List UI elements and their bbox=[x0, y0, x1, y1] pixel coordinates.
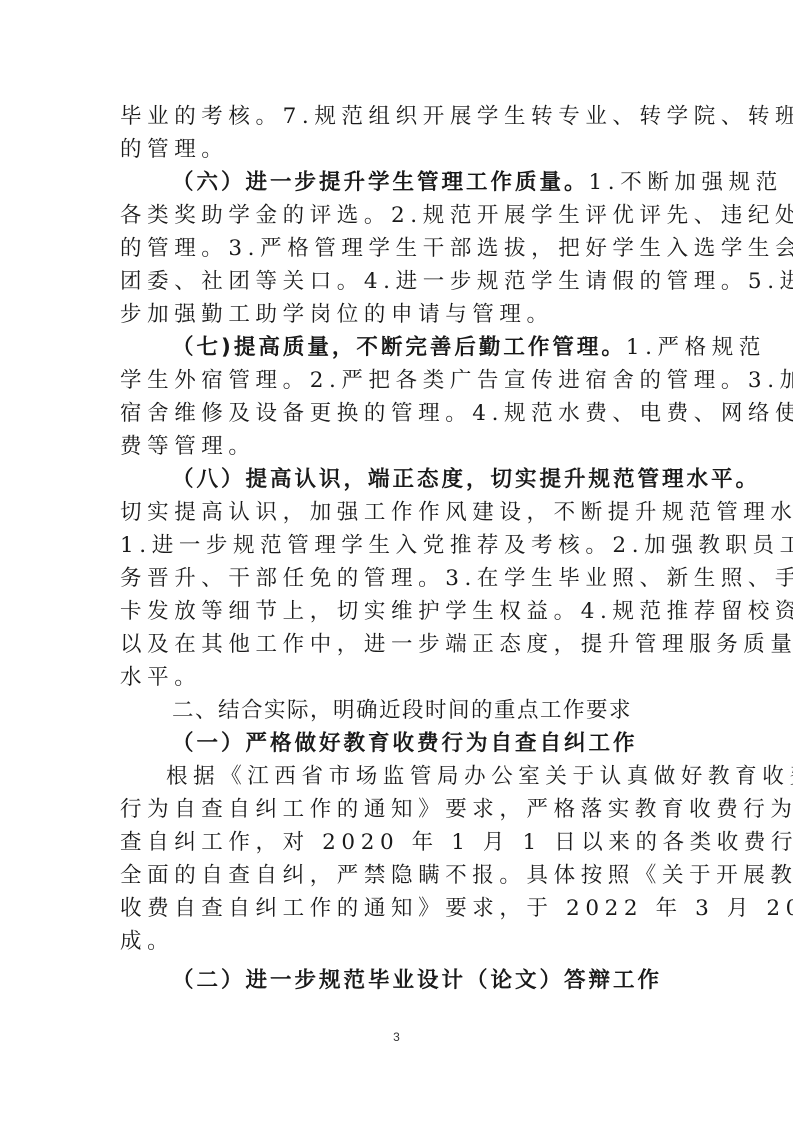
subsection-line-2-2: （二）进一步规范毕业设计（论文）答辩工作 bbox=[120, 964, 675, 997]
text-line: 卡发放等细节上，切实维护学生权益。4.规范推荐留校资格。 bbox=[120, 595, 675, 628]
section-heading-2: 二、结合实际，明确近段时间的重点工作要求 bbox=[120, 694, 675, 727]
text-line: 学生外宿管理。2.严把各类广告宣传进宿舍的管理。3.加强 bbox=[120, 364, 675, 397]
subsection-heading: （八）提高认识，端正态度，切实提升规范管理水平。 bbox=[172, 467, 760, 492]
text-line: 费等管理。 bbox=[120, 430, 675, 463]
subsection-line-6: （六）进一步提升学生管理工作质量。1.不断加强规范 bbox=[120, 166, 675, 199]
subsection-heading: （一）严格做好教育收费行为自查自纠工作 bbox=[172, 731, 638, 756]
text-line: 成。 bbox=[120, 925, 675, 958]
text-line: 毕业的考核。7.规范组织开展学生转专业、转学院、转班级 bbox=[120, 100, 675, 133]
text-line: 收费自查自纠工作的通知》要求，于 2022 年 3 月 20 日前完 bbox=[120, 892, 675, 925]
text-line: 步加强勤工助学岗位的申请与管理。 bbox=[120, 298, 675, 331]
text-line: 行为自查自纠工作的通知》要求，严格落实教育收费行为自 bbox=[120, 793, 675, 826]
subsection-line-8: （八）提高认识，端正态度，切实提升规范管理水平。 bbox=[120, 463, 675, 496]
text-line: 各类奖助学金的评选。2.规范开展学生评优评先、违纪处分 bbox=[120, 199, 675, 232]
text-line: 的管理。3.严格管理学生干部选拔，把好学生入选学生会、 bbox=[120, 232, 675, 265]
text-span: 1.不断加强规范 bbox=[589, 170, 783, 195]
text-line: 以及在其他工作中，进一步端正态度，提升管理服务质量和 bbox=[120, 628, 675, 661]
page-number: 3 bbox=[0, 1030, 793, 1044]
subsection-heading: （七)提高质量，不断完善后勤工作管理。 bbox=[172, 335, 626, 360]
text-line: 的管理。 bbox=[120, 133, 675, 166]
document-page: 毕业的考核。7.规范组织开展学生转专业、转学院、转班级 的管理。 （六）进一步提… bbox=[0, 0, 793, 1122]
text-line: 全面的自查自纠，严禁隐瞒不报。具体按照《关于开展教育 bbox=[120, 859, 675, 892]
text-span: 1.严格规范 bbox=[626, 335, 766, 360]
subsection-heading: （六）进一步提升学生管理工作质量。 bbox=[172, 170, 589, 195]
text-line: 查自纠工作，对 2020 年 1 月 1 日以来的各类收费行为进行 bbox=[120, 826, 675, 859]
text-line: 根据《江西省市场监管局办公室关于认真做好教育收费 bbox=[120, 760, 675, 793]
text-line: 务晋升、干部任免的管理。3.在学生毕业照、新生照、手机 bbox=[120, 562, 675, 595]
body-text: 毕业的考核。7.规范组织开展学生转专业、转学院、转班级 的管理。 （六）进一步提… bbox=[120, 100, 675, 997]
text-line: 水平。 bbox=[120, 661, 675, 694]
text-line: 团委、社团等关口。4.进一步规范学生请假的管理。5.进一 bbox=[120, 265, 675, 298]
text-line: 1.进一步规范管理学生入党推荐及考核。2.加强教职员工职 bbox=[120, 529, 675, 562]
subsection-line-7: （七)提高质量，不断完善后勤工作管理。1.严格规范 bbox=[120, 331, 675, 364]
text-line: 宿舍维修及设备更换的管理。4.规范水费、电费、网络使用 bbox=[120, 397, 675, 430]
text-line: 切实提高认识，加强工作作风建设，不断提升规范管理水平。 bbox=[120, 496, 675, 529]
subsection-line-2-1: （一）严格做好教育收费行为自查自纠工作 bbox=[120, 727, 675, 760]
subsection-heading: （二）进一步规范毕业设计（论文）答辩工作 bbox=[172, 968, 662, 993]
